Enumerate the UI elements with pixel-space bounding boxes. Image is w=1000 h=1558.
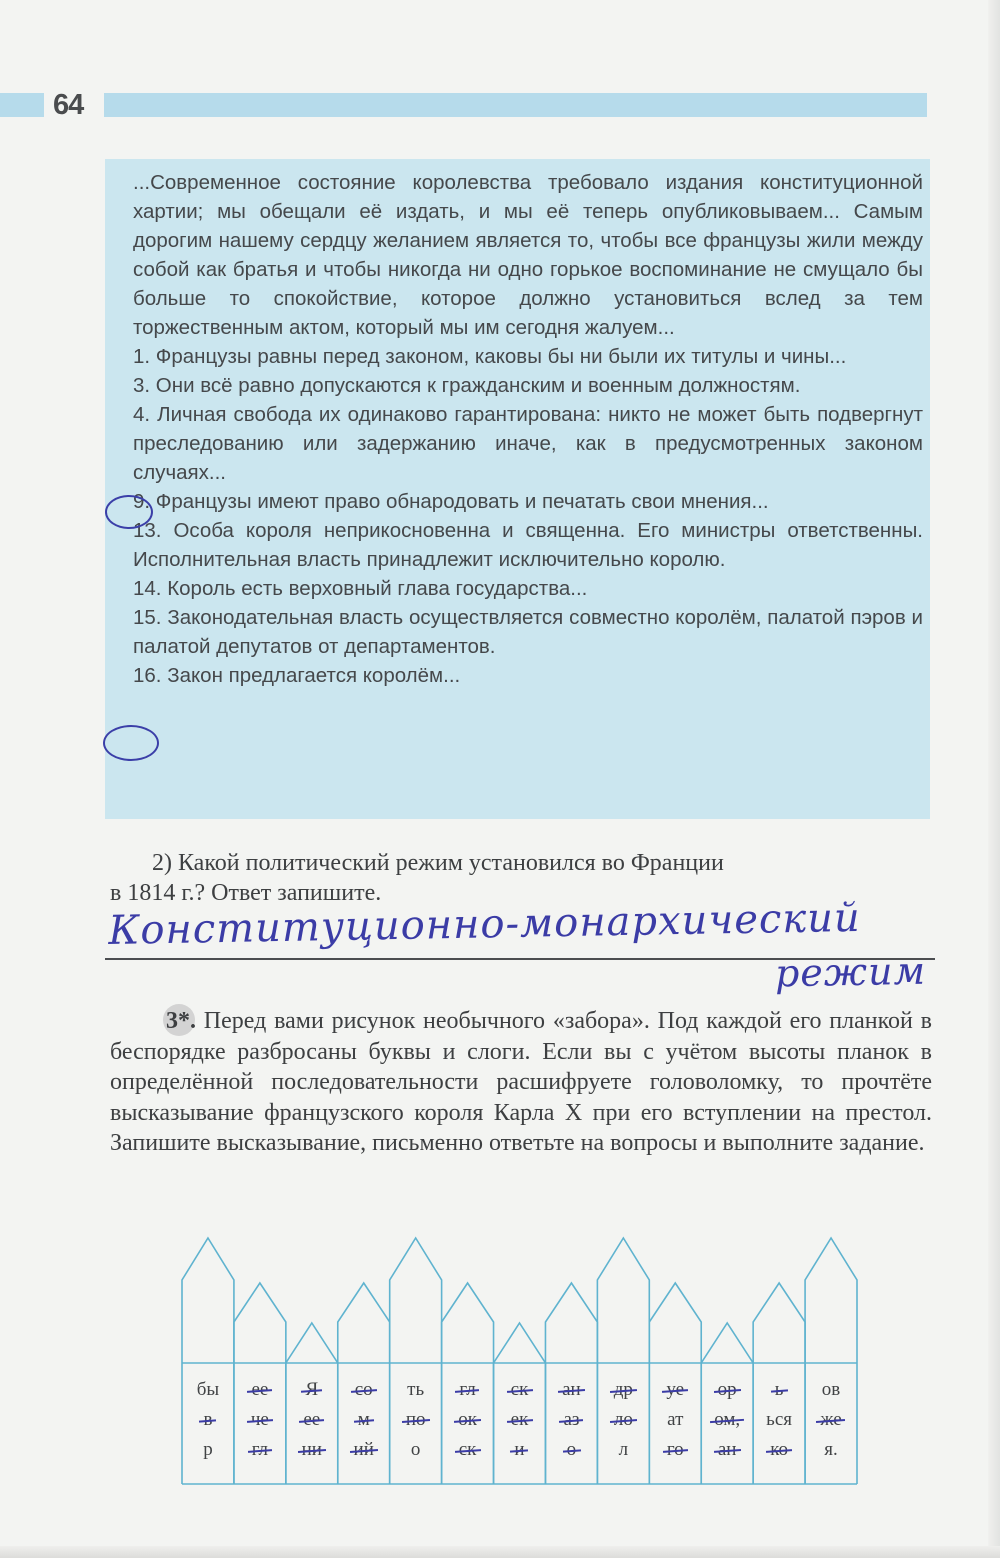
- syllable-crossed-out: ь: [775, 1375, 784, 1405]
- charter-quote-text: ...Современное состояние королевства тре…: [133, 168, 923, 690]
- syllable-crossed-out: ск: [511, 1375, 529, 1405]
- handwritten-answer-line-2: режим: [775, 949, 927, 996]
- article-text: Они всё равно допускаются к гражданским …: [156, 374, 801, 397]
- article-number: 13.: [133, 519, 173, 542]
- syllable-crossed-out: аз: [563, 1405, 579, 1435]
- syllable: ься: [766, 1405, 792, 1435]
- syllable-crossed-out: ом,: [714, 1405, 740, 1435]
- charter-article: 16. Закон предлагается королём...: [133, 661, 923, 690]
- fence-cell: глокск: [442, 1363, 494, 1484]
- fence-cell: аназо: [545, 1363, 597, 1484]
- syllable-crossed-out: и: [514, 1435, 524, 1465]
- syllable-crossed-out: др: [614, 1375, 633, 1405]
- syllable-crossed-out: ий: [354, 1435, 374, 1465]
- article-text: Французы равны перед законом, каковы бы …: [156, 345, 847, 368]
- fence-cell: еечегл: [234, 1363, 286, 1484]
- syllable-crossed-out: ор: [718, 1375, 737, 1405]
- question-3-text: Перед вами рисунок необычного «забора». …: [110, 1008, 932, 1156]
- fence-cell: ором,ан: [701, 1363, 753, 1484]
- charter-article: 1. Французы равны перед законом, каковы …: [133, 342, 923, 371]
- article-text: Король есть верховный глава государства.…: [167, 577, 587, 600]
- syllable-crossed-out: ко: [770, 1435, 788, 1465]
- charter-article: 3. Они всё равно допускаются к гражданск…: [133, 371, 923, 400]
- article-text: Французы имеют право обнародовать и печа…: [156, 490, 769, 513]
- syllable-crossed-out: гл: [459, 1375, 475, 1405]
- article-number: 16.: [133, 664, 167, 687]
- charter-article: 13. Особа короля неприкосновенна и свяще…: [133, 516, 923, 574]
- syllable: ов: [822, 1375, 840, 1405]
- article-text: Особа короля неприкосновенна и священна.…: [133, 519, 923, 571]
- fence-cell: Яеени: [286, 1363, 338, 1484]
- syllable: я.: [824, 1435, 838, 1465]
- fence-cell: дрлол: [597, 1363, 649, 1484]
- syllable-crossed-out: уе: [666, 1375, 684, 1405]
- syllable: ть: [407, 1375, 424, 1405]
- fence-cell: тьпоо: [390, 1363, 442, 1484]
- syllable-crossed-out: м: [358, 1405, 370, 1435]
- fence-cell: скеки: [494, 1363, 546, 1484]
- syllable: л: [619, 1435, 628, 1465]
- syllable-crossed-out: ее: [303, 1405, 320, 1435]
- charter-article: 15. Законодательная власть осуществляетс…: [133, 603, 923, 661]
- header-accent-bar-right: [104, 93, 927, 117]
- header-accent-bar-left: [0, 93, 44, 117]
- article-number: 4.: [133, 403, 157, 426]
- article-text: Законодательная власть осуществляется со…: [133, 606, 923, 658]
- question-2-line-1: 2) Какой политический режим установился …: [110, 848, 930, 878]
- syllable-crossed-out: по: [406, 1405, 426, 1435]
- article-text: Закон предлагается королём...: [167, 664, 460, 687]
- article-number: 3.: [133, 374, 156, 397]
- syllable-crossed-out: ок: [458, 1405, 477, 1435]
- syllable: о: [411, 1435, 421, 1465]
- syllable-crossed-out: же: [820, 1405, 841, 1435]
- page-number: 64: [53, 88, 83, 122]
- article-number: 15.: [133, 606, 167, 629]
- syllable-crossed-out: ло: [614, 1405, 633, 1435]
- question-2-line-2: в 1814 г.? Ответ запишите.: [110, 880, 381, 906]
- fence-cell: сомий: [338, 1363, 390, 1484]
- fence-cell: овжея.: [805, 1363, 857, 1484]
- syllable: бы: [197, 1375, 219, 1405]
- fence-cell: бывр: [182, 1363, 234, 1484]
- syllable-crossed-out: гл: [252, 1435, 268, 1465]
- syllable: р: [203, 1435, 213, 1465]
- charter-article: 4. Личная свобода их одинаково гарантиро…: [133, 400, 923, 487]
- charter-article: 14. Король есть верховный глава государс…: [133, 574, 923, 603]
- question-3: 3*. Перед вами рисунок необычного «забор…: [110, 1006, 932, 1159]
- syllable-crossed-out: в: [203, 1405, 212, 1435]
- syllable-crossed-out: ек: [511, 1405, 529, 1435]
- fence-cell: ььсяко: [753, 1363, 805, 1484]
- syllable-crossed-out: ан: [718, 1435, 737, 1465]
- article-number: 1.: [133, 345, 156, 368]
- question-3-number: 3*.: [166, 1008, 196, 1034]
- syllable-crossed-out: ее: [251, 1375, 268, 1405]
- syllable-crossed-out: со: [355, 1375, 373, 1405]
- quote-intro: ...Современное состояние королевства тре…: [133, 168, 923, 342]
- syllable-crossed-out: ни: [302, 1435, 322, 1465]
- page-edge-shadow: [988, 0, 1000, 1558]
- charter-article: 9. Французы имеют право обнародовать и п…: [133, 487, 923, 516]
- syllable-crossed-out: о: [567, 1435, 577, 1465]
- syllable-crossed-out: ск: [459, 1435, 477, 1465]
- syllable: ат: [667, 1405, 683, 1435]
- article-number: 9.: [133, 490, 156, 513]
- fence-cell: уеатго: [649, 1363, 701, 1484]
- page-bottom-shadow: [0, 1546, 1000, 1558]
- fence-syllable-grid: бывреечеглЯеенисомийтьпооглокскскекианаз…: [182, 1363, 857, 1484]
- article-number: 14.: [133, 577, 167, 600]
- syllable-crossed-out: че: [251, 1405, 269, 1435]
- syllable-crossed-out: Я: [305, 1375, 318, 1405]
- syllable-crossed-out: го: [667, 1435, 684, 1465]
- charter-articles-list: 1. Французы равны перед законом, каковы …: [133, 342, 923, 690]
- syllable-crossed-out: ан: [562, 1375, 581, 1405]
- article-text: Личная свобода их одинаково гарантирован…: [133, 403, 923, 484]
